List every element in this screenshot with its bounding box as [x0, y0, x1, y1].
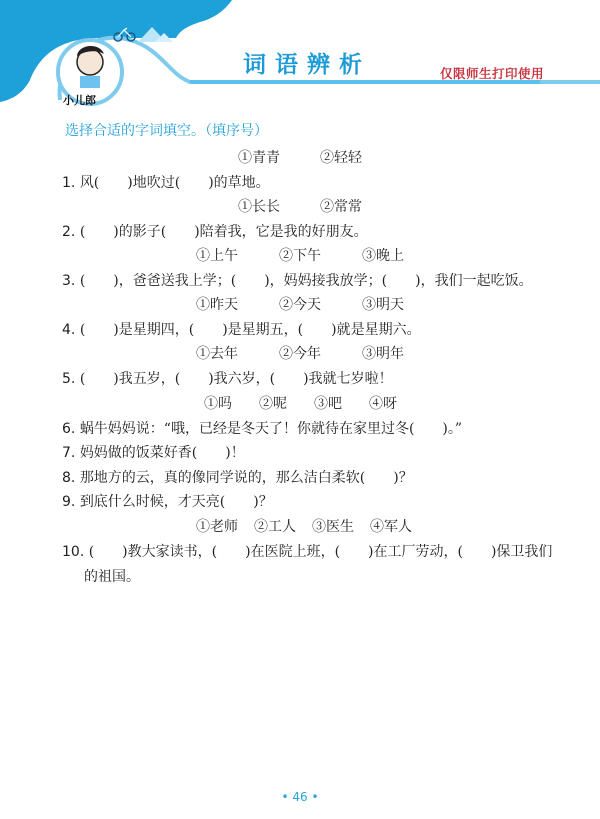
options-row: ①青青②轻轻: [238, 147, 362, 167]
question-6: 6. 蜗牛妈妈说：“哦，已经是冬天了！你就待在家里过冬( )。”: [62, 418, 462, 438]
option: ③吧: [314, 393, 369, 413]
page-title: 词语辨析: [243, 46, 371, 79]
question-10-continuation: 的祖国。: [84, 566, 140, 586]
restriction-note: 仅限师生打印使用: [440, 64, 544, 82]
options-row: ①长长②常常: [238, 196, 362, 216]
instruction: 选择合适的字词填空。（填序号）: [65, 120, 268, 140]
option: ④军人: [370, 516, 412, 536]
question-7: 7. 妈妈做的饭菜好香( )！: [62, 442, 245, 462]
option: ③明年: [362, 343, 404, 363]
option: ①昨天: [196, 294, 279, 314]
page-number: • 46 •: [0, 790, 600, 804]
option: ③明天: [362, 294, 404, 314]
options-row: ①昨天②今天③明天: [196, 294, 404, 314]
option: ②工人: [254, 516, 312, 536]
options-row: ①老师②工人③医生④军人: [196, 516, 412, 536]
question-5: 5. ( )我五岁，( )我六岁，( )我就七岁啦！: [62, 368, 393, 388]
option: ②轻轻: [320, 147, 362, 167]
mascot-label: 小儿郎: [63, 92, 96, 108]
option: ②呢: [259, 393, 314, 413]
options-row: ①去年②今年③明年: [196, 343, 404, 363]
option: ①青青: [238, 147, 320, 167]
option: ②常常: [320, 196, 362, 216]
option: ②今天: [279, 294, 362, 314]
options-row: ①上午②下午③晚上: [196, 245, 404, 265]
question-8: 8. 那地方的云，真的像同学说的，那么洁白柔软( )？: [62, 467, 413, 487]
option: ①老师: [196, 516, 254, 536]
option: ①长长: [238, 196, 320, 216]
options-row: ①吗②呢③吧④呀: [204, 393, 397, 413]
option: ③医生: [312, 516, 370, 536]
question-2: 2. ( )的影子( )陪着我，它是我的好朋友。: [62, 221, 368, 241]
question-10: 10. ( )教大家读书，( )在医院上班，( )在工厂劳动，( )保卫我们: [62, 541, 552, 561]
option: ①吗: [204, 393, 259, 413]
question-3: 3. ( )，爸爸送我上学；( )，妈妈接我放学；( )，我们一起吃饭。: [62, 270, 533, 290]
question-1: 1. 风( )地吹过( )的草地。: [62, 172, 270, 192]
option: ②下午: [279, 245, 362, 265]
option: ②今年: [279, 343, 362, 363]
question-9: 9. 到底什么时候，才天亮( )？: [62, 491, 273, 511]
option: ③晚上: [362, 245, 404, 265]
page-header: 词语辨析 仅限师生打印使用 小儿郎: [0, 0, 600, 110]
option: ①上午: [196, 245, 279, 265]
option: ①去年: [196, 343, 279, 363]
question-4: 4. ( )是星期四，( )是星期五，( )就是星期六。: [62, 319, 421, 339]
option: ④呀: [369, 393, 397, 413]
